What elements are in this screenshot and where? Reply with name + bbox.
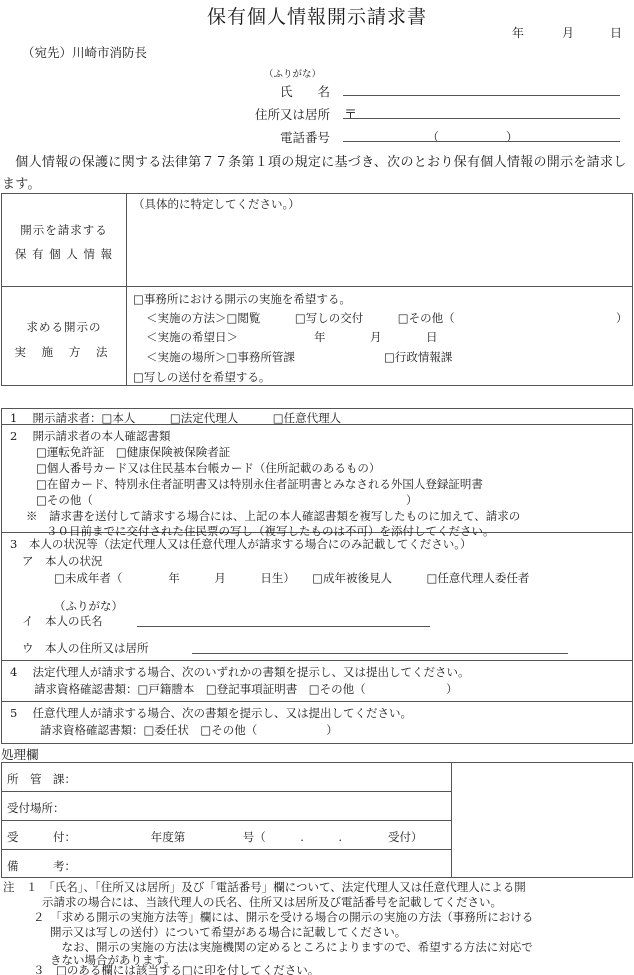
info-label-line1: 開示を請求する — [2, 218, 126, 242]
processing-reception-place: 受付場所： — [7, 800, 65, 816]
processing-row-divider-2 — [1, 820, 452, 821]
section2-other-close: ） — [406, 492, 418, 508]
method-date-year: 年 — [314, 329, 326, 345]
method-type-options[interactable]: ＜実施の方法＞□閲覧 □写しの交付 □その他（ — [146, 310, 455, 326]
processing-remarks: 備 考： — [7, 858, 76, 874]
method-date-label: ＜実施の希望日＞ — [146, 329, 238, 345]
method-other-close: ） — [616, 310, 628, 326]
section3-address-field[interactable] — [192, 653, 568, 654]
phone-label: 電話番号 — [262, 128, 330, 146]
processing-row-divider-3 — [1, 849, 452, 850]
method-label-line1: 求める開示の — [2, 315, 126, 339]
processing-title: 処理欄 — [1, 745, 39, 763]
section3-name-label: イ 本人の氏名 — [22, 613, 103, 629]
phone-close-paren: ） — [506, 128, 518, 145]
note-1-line1: 注 １ 「氏名」、「住所又は居所」及び「電話番号」欄について、法定代理人又は任意… — [3, 879, 526, 895]
note-2-line2: 開示又は写しの送付）について希望がある場合に記載してください。 — [50, 924, 406, 940]
intro-paragraph: 個人情報の保護に関する法律第７７条第１項の規定に基づき、次のとおり保有個人情報の… — [2, 152, 634, 196]
section2-heading: 2 開示請求者の本人確認書類 — [10, 428, 170, 444]
method-date-day: 日 — [426, 329, 438, 345]
section2-doc-option-1[interactable]: □運転免許証 □健康保険被保険者証 — [36, 444, 230, 460]
section5-docs[interactable]: 請求資格確認書類：□委任状 □その他（ ） — [40, 722, 338, 738]
document-title: 保有個人情報開示請求書 — [0, 2, 634, 29]
section3-heading: 3 本人の状況等（法定代理人又は任意代理人が請求する場合にのみ記載してください。… — [10, 536, 472, 552]
section3-name-field[interactable] — [137, 626, 430, 627]
note-2-line1: ２ 「求める開示の実施方法等」欄には、開示を受ける場合の開示の実施の方法（事務所… — [33, 909, 533, 925]
address-field[interactable] — [343, 118, 620, 119]
method-label-line2: 実 施 方 法 — [2, 340, 126, 364]
info-label-line2: 保 有 個 人 情 報 — [2, 242, 126, 266]
phone-field[interactable] — [343, 141, 620, 142]
date-day-label: 日 — [610, 24, 622, 41]
info-input-area[interactable] — [128, 212, 631, 284]
addressee: （宛先）川崎市消防長 — [22, 43, 147, 61]
address-label: 住所又は居所 — [242, 105, 330, 123]
note-3: ３ □のある欄には該当する□に印を付してください。 — [33, 962, 319, 975]
note-1-line2: 示請求の場合には、当該代理人の氏名、住所又は居所及び電話番号を記載してください。 — [42, 894, 502, 910]
method-place-option-1[interactable]: ＜実施の場所＞□事務所管課 — [146, 349, 295, 365]
section2-doc-option-2[interactable]: □個人番号カード又は住民基本台帳カード（住所記載のあるもの） — [36, 460, 380, 476]
method-date-month: 月 — [370, 329, 382, 345]
date-month-label: 月 — [562, 24, 574, 41]
section2-note-line1: ※ 請求書を送付して請求する場合には、上記の本人確認書類を複写したものに加えて、… — [26, 508, 520, 524]
name-label: 氏 名 — [270, 82, 330, 100]
table-divider — [126, 193, 127, 386]
section3-status-label: ア 本人の状況 — [22, 553, 103, 569]
processing-department: 所 管 課： — [7, 771, 76, 787]
furigana-label: （ふりがな） — [264, 66, 321, 80]
date-year-label: 年 — [512, 24, 524, 41]
section-divider-4 — [1, 701, 633, 702]
method-place-option-2[interactable]: □行政情報課 — [384, 349, 452, 365]
section3-furigana: （ふりがな） — [54, 598, 123, 614]
phone-open-paren: （ — [427, 128, 439, 145]
postal-mark: 〒 — [344, 104, 357, 123]
table-row-divider — [1, 286, 633, 287]
section3-status-options[interactable]: □未成年者（ 年 月 日生） □成年被後見人 □任意代理人委任者 — [54, 570, 529, 586]
method-office-option[interactable]: □事務所における開示の実施を希望する。 — [133, 291, 351, 307]
section3-address-label: ウ 本人の住所又は居所 — [22, 640, 149, 656]
section1-requester-type[interactable]: 1 開示請求者：□本人 □法定代理人 □任意代理人 — [10, 410, 341, 426]
section4-docs[interactable]: 請求資格確認書類：□戸籍謄本 □登記事項証明書 □その他（ ） — [34, 681, 458, 697]
info-hint: （具体的に特定してください。） — [133, 196, 300, 212]
section2-doc-option-other[interactable]: □その他（ — [36, 492, 93, 508]
section2-doc-option-3[interactable]: □在留カード、特別永住者証明書又は特別永住者証明書とみなされる外国人登録証明書 — [36, 476, 483, 492]
name-field[interactable] — [343, 95, 620, 96]
method-mail-option[interactable]: □写しの送付を希望する。 — [133, 369, 270, 385]
section5-heading: 5 任意代理人が請求する場合、次の書類を提示し、又は提出してください。 — [10, 705, 412, 721]
section4-heading: 4 法定代理人が請求する場合、次のいずれかの書類を提示し、又は提出してください。 — [10, 664, 469, 680]
section-divider-3 — [1, 660, 633, 661]
processing-reception: 受 付： 年度第 号（ . . 受付） — [7, 829, 423, 845]
processing-row-divider-1 — [1, 791, 452, 792]
